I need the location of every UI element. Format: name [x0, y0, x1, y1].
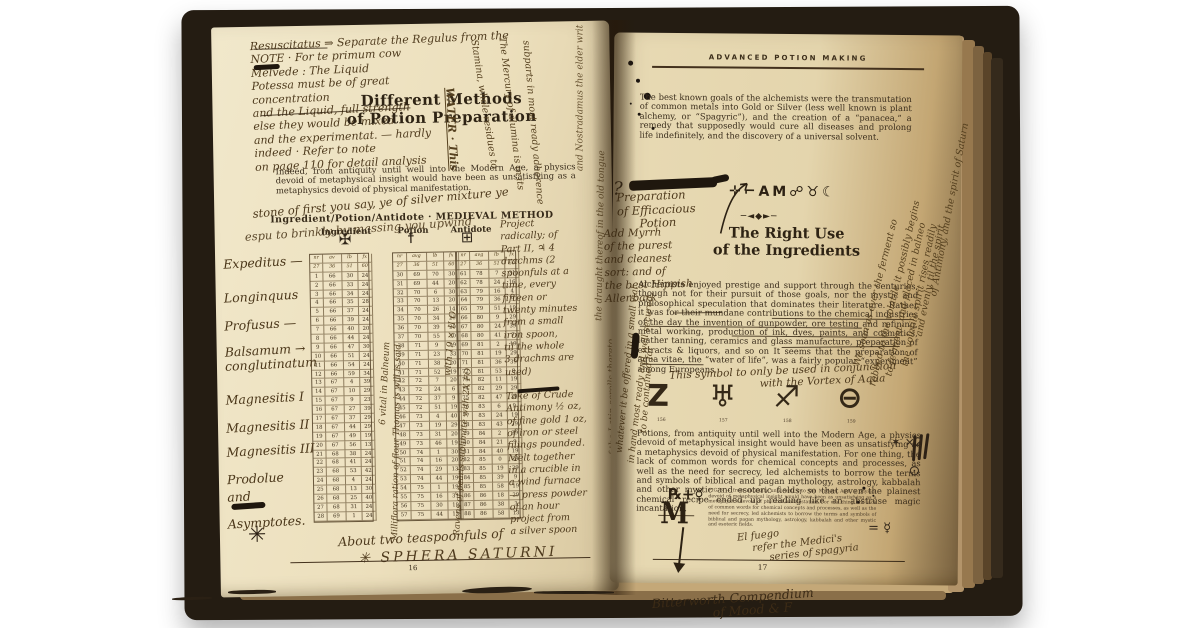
row-label: Magnesitis I — [225, 389, 304, 408]
table-cell: 21 — [492, 438, 509, 447]
table-cell: 51 — [343, 352, 360, 361]
table-cell: 79 — [471, 287, 490, 296]
table-cell: 66 — [324, 299, 343, 308]
table-cell: 49 — [345, 432, 362, 441]
table-cell: 81 — [472, 367, 491, 376]
table-cell: 67 — [458, 323, 471, 332]
table-cell: lb — [427, 252, 445, 261]
table-cell: 42 — [362, 467, 376, 476]
table-cell: 84 — [474, 447, 493, 456]
table-cell: nr — [310, 255, 323, 264]
table-cell: 39 — [428, 324, 446, 333]
table-cell: 71 — [409, 342, 429, 351]
table-cell: 81 — [472, 349, 491, 358]
symbol-number: 159 — [847, 420, 856, 425]
table-cell: 1 — [346, 512, 363, 521]
table-cell: 32 — [394, 289, 408, 298]
table-cell: 24 — [360, 334, 374, 343]
table-cell: 34 — [428, 315, 446, 324]
table-cell: 46 — [430, 439, 448, 448]
table-cell: 67 — [326, 423, 345, 432]
table-cell: 31 — [346, 503, 363, 512]
table-cell: 83 — [473, 421, 492, 430]
open-book-photo: Resuscitatus ⇒ Separate the Regulus from… — [0, 0, 1200, 628]
table-cell: 23 — [314, 468, 327, 477]
table-cell: 4 — [429, 412, 447, 421]
table-cell: 19 — [361, 432, 375, 441]
table-cell: 64 — [458, 296, 471, 305]
table-cell: 19 — [492, 465, 509, 474]
table-cell: 3 — [311, 290, 324, 299]
alchemical-symbol-arrow: ♐ — [773, 380, 800, 415]
table-cell: avg — [407, 253, 427, 262]
table-cell: 37 — [344, 414, 361, 423]
table-cell: 69 — [408, 279, 428, 288]
page-number-left: 16 — [408, 564, 417, 572]
table-cell: 47 — [343, 343, 360, 352]
table-cell: 18 — [313, 423, 326, 432]
table-cell: 20 — [313, 441, 326, 450]
table-cell: 84 — [473, 438, 492, 447]
shield-cross-icon: ⊞ — [461, 228, 474, 246]
table-cell: 81 — [472, 341, 491, 350]
table-cell: 69 — [407, 271, 427, 280]
table-cell: 55 — [428, 332, 446, 341]
table-cell: 73 — [410, 439, 430, 448]
table-cell: 72 — [409, 377, 429, 386]
table-cell: 29 — [430, 466, 448, 475]
table-cell: 2 — [311, 281, 324, 290]
table-cell: 25 — [314, 486, 327, 495]
table-cell: 85 — [474, 474, 493, 483]
right-page: ADVANCED POTION MAKING ? The best known … — [610, 32, 963, 585]
table-cell: 70 — [408, 324, 428, 333]
table-cell: 82 — [473, 385, 492, 394]
table-cell: 70 — [459, 350, 472, 359]
table-cell: 14 — [312, 388, 325, 397]
heading-line-2: of the Ingredients — [666, 241, 906, 260]
table-cell: 38 — [345, 450, 362, 459]
table-cell: 23 — [428, 350, 446, 359]
table-cell: 23 — [361, 396, 375, 405]
tally-mark — [923, 433, 929, 459]
table-cell: 16 — [431, 492, 449, 501]
table-cell: 65 — [458, 305, 471, 314]
ink-smear — [231, 502, 265, 510]
header-rule — [652, 66, 924, 70]
table-cell: 40 — [343, 325, 360, 334]
table-cell: 79 — [471, 305, 490, 314]
table-cell: 40 — [362, 494, 376, 503]
table-cell: 67 — [326, 405, 345, 414]
row-label: Magnesitis II — [226, 416, 310, 435]
table-cell: 69 — [459, 341, 472, 350]
table-cell: 78 — [471, 278, 490, 287]
table-cell: 41 — [345, 458, 362, 467]
table-cell: 67 — [326, 388, 345, 397]
table-cell: 39 — [492, 474, 509, 483]
table-cell: 73 — [410, 413, 430, 422]
table-cell: 85 — [474, 465, 493, 474]
running-header: ADVANCED POTION MAKING — [668, 53, 908, 63]
table-cell: 68 — [327, 477, 346, 486]
table-cell: 24 — [429, 386, 447, 395]
table-cell: 44 — [343, 334, 360, 343]
table-cell: 27 — [393, 262, 407, 271]
symbol-number: 156 — [657, 418, 666, 423]
table-cell: 60 — [358, 263, 372, 272]
table-cell: 70 — [408, 333, 428, 342]
row-label: Asymptotes. — [227, 513, 305, 532]
table-cell: 66 — [325, 352, 344, 361]
table-cell: 61 — [457, 270, 470, 279]
table-cell: 72 — [410, 404, 430, 413]
table-cell: nr — [457, 252, 470, 261]
table-cell: 19 — [430, 421, 448, 430]
table-cell: 70 — [408, 315, 428, 324]
table-cell: 25 — [346, 494, 363, 503]
lorraine-cross-icon: ☨ — [407, 229, 416, 247]
table-cell: 36 — [394, 324, 408, 333]
table-cell: 24 — [363, 503, 377, 512]
section-heading: The Right Use of the Ingredients — [666, 224, 906, 260]
row-label: Profusus — — [224, 315, 297, 334]
table-cell: 66 — [324, 281, 343, 290]
table-cell: 24 — [362, 449, 376, 458]
pen-dash-mark — [534, 591, 614, 594]
table-row: 2869124 — [315, 512, 373, 522]
table-cell: 36 — [470, 261, 489, 270]
table-cell: 74 — [411, 457, 431, 466]
table-cell: 29 — [361, 387, 375, 396]
table-cell: 33 — [394, 298, 408, 307]
table-cell: 56 — [345, 441, 362, 450]
table-cell: 7 — [311, 326, 324, 335]
table-cell: 66 — [325, 361, 344, 370]
table-cell: 85 — [474, 456, 493, 465]
table-cell: 54 — [343, 361, 360, 370]
circled-dot-annotation: ⊙ — [909, 463, 921, 479]
table-cell: 67 — [326, 414, 345, 423]
table-cell: 66 — [325, 370, 344, 379]
ink-blot — [630, 103, 632, 105]
table-cell: 24 — [359, 272, 373, 281]
row-label: Prodolue — [227, 469, 285, 487]
ink-blot — [628, 61, 633, 66]
row-label: Expeditus — — [223, 253, 303, 272]
table-cell: 58 — [493, 483, 510, 492]
table-cell: 71 — [409, 359, 429, 368]
table-cell: 37 — [429, 395, 447, 404]
table-cell: 29 — [361, 414, 375, 423]
table-cell: 81 — [472, 358, 491, 367]
table-cell: 2 — [492, 429, 509, 438]
table-cell: 6 — [427, 288, 445, 297]
table-cell: 70 — [427, 270, 445, 279]
ink-blot — [636, 79, 640, 83]
table-cell: 72 — [409, 386, 429, 395]
table-cell: 66 — [324, 290, 343, 299]
table-cell: 85 — [474, 483, 493, 492]
table-cell: 68 — [458, 332, 471, 341]
table-cell: 68 — [327, 494, 346, 503]
table-cell: 74 — [411, 475, 431, 484]
table-cell: 63 — [458, 288, 471, 297]
table-cell: 82 — [472, 376, 491, 385]
margin-notes-right: Projectradically; ofPart II, ♃ 4drachms … — [500, 216, 603, 539]
row-label: Longinquus — [223, 287, 298, 306]
table-cell: 20 — [359, 325, 373, 334]
table-cell: 0 — [492, 456, 509, 465]
table-cell: avg — [470, 252, 489, 261]
vertical-handwriting: 6 vital in Balneum — [378, 342, 392, 426]
table-cell: 71 — [409, 368, 429, 377]
table-cell: 24 — [360, 352, 374, 361]
table-cell: 58 — [493, 509, 510, 518]
table-cell: 86 — [475, 509, 494, 518]
table-cell: 1 — [431, 484, 449, 493]
table-cell: 39 — [361, 405, 375, 414]
table-cell: 12 — [312, 370, 325, 379]
table-cell: 24 — [362, 476, 376, 485]
table-cell: 24 — [359, 289, 373, 298]
table-cell: 21 — [313, 450, 326, 459]
alchemical-symbol-theta: ⊖ — [837, 380, 862, 415]
handwritten-line: a silver spoon — [510, 523, 602, 539]
table-cell: 83 — [473, 403, 492, 412]
table-cell: 68 — [327, 459, 346, 468]
table-cell: 67 — [326, 397, 345, 406]
table-cell: 51 — [429, 404, 447, 413]
table-cell: 15 — [313, 397, 326, 406]
table-cell: 73 — [410, 431, 430, 440]
table-cell: 83 — [473, 412, 492, 421]
table-cell: 24 — [363, 512, 377, 521]
table-cell: 86 — [475, 501, 494, 510]
table-cell: 71 — [459, 359, 472, 368]
table-cell: 27 — [344, 405, 361, 414]
table-cell: 39 — [360, 378, 374, 387]
table-cell: 31 — [430, 430, 448, 439]
table-cell: 86 — [474, 492, 493, 501]
table-cell: 66 — [325, 334, 344, 343]
table-cell: lb — [342, 254, 359, 263]
table-cell: 26 — [314, 495, 327, 504]
table-cell: 24 — [314, 477, 327, 486]
table-cell: 75 — [411, 484, 431, 493]
table-cell: 82 — [473, 394, 492, 403]
table-cell: 13 — [362, 440, 376, 449]
table-cell: fx — [358, 254, 372, 263]
table-cell: 30 — [360, 343, 374, 352]
table-cell: 68 — [327, 450, 346, 459]
table-cell: 35 — [394, 315, 408, 324]
table-cell: 24 — [359, 316, 373, 325]
table-cell: 29 — [361, 423, 375, 432]
table-cell: 62 — [457, 279, 470, 288]
table-cell: 4 — [344, 378, 361, 387]
table-cell: 24 — [359, 280, 373, 289]
table-cell: 18 — [493, 491, 510, 500]
alchemical-symbol-table: ♅ — [709, 379, 736, 414]
section-divider-ornament: ─◄◆►─ — [741, 212, 778, 222]
table-cell: 24 — [359, 307, 373, 316]
table-cell: 16 — [430, 457, 448, 466]
symbol-number: 158 — [783, 419, 792, 424]
left-page: Resuscitatus ⇒ Separate the Regulus from… — [211, 21, 619, 598]
table-cell: 68 — [327, 468, 346, 477]
table-cell: 66 — [324, 308, 343, 317]
table-cell: 4 — [311, 299, 324, 308]
table-cell: 70 — [408, 288, 428, 297]
table-cell: 13 — [346, 485, 363, 494]
table-cell: 38 — [493, 500, 510, 509]
table-cell: 30 — [342, 272, 359, 281]
table-cell: 28 — [315, 512, 328, 521]
number-table-ingredient: nravlbfx27365160166302426633243663424466… — [309, 253, 374, 523]
table-cell: 80 — [471, 323, 490, 332]
table-cell: 70 — [408, 306, 428, 315]
table-cell: 9 — [312, 343, 325, 352]
table-cell: 24 — [360, 360, 374, 369]
table-cell: 39 — [343, 316, 360, 325]
table-cell: 53 — [345, 467, 362, 476]
table-cell: 35 — [342, 298, 359, 307]
sigil-row-icons: ✛⌐AM☍♉☾ — [729, 183, 838, 200]
table-cell: 68 — [327, 485, 346, 494]
table-cell: 10 — [344, 387, 361, 396]
table-cell: 37 — [394, 333, 408, 342]
table-cell: 78 — [470, 269, 489, 278]
table-cell: 51 — [342, 263, 359, 272]
table-cell: 36 — [407, 262, 427, 271]
table-cell: 66 — [324, 325, 343, 334]
table-cell: 44 — [427, 279, 445, 288]
table-cell: 44 — [431, 510, 449, 519]
table-cell: 33 — [342, 281, 359, 290]
table-cell: 13 — [427, 297, 445, 306]
table-cell: 34 — [342, 290, 359, 299]
table-cell: 28 — [359, 298, 373, 307]
table-cell: 36 — [323, 263, 342, 272]
table-cell: 9 — [344, 396, 361, 405]
table-cell: 30 — [362, 485, 376, 494]
table-cell: 84 — [473, 429, 492, 438]
table-cell: 75 — [411, 493, 431, 502]
table-cell: 27 — [314, 503, 327, 512]
table-cell: 19 — [313, 432, 326, 441]
table-cell: 26 — [428, 306, 446, 315]
table-cell: 6 — [311, 317, 324, 326]
table-cell: 68 — [328, 503, 347, 512]
table-cell: nr — [393, 253, 407, 262]
table-cell: 40 — [492, 447, 509, 456]
table-cell: 66 — [324, 272, 343, 281]
table-cell: 69 — [328, 512, 347, 521]
table-cell: 4 — [345, 476, 362, 485]
heading-line-1: The Right Use — [667, 224, 907, 243]
down-arrow-head — [672, 562, 685, 573]
table-cell: 73 — [410, 422, 430, 431]
right-page-edge-stack — [991, 58, 1003, 578]
table-cell: 75 — [411, 502, 431, 511]
table-cell: 22 — [314, 459, 327, 468]
table-cell: 34 — [394, 306, 408, 315]
table-cell: 70 — [408, 297, 428, 306]
table-cell: av — [323, 254, 342, 263]
table-cell: 44 — [431, 475, 449, 484]
table-cell: 72 — [410, 395, 430, 404]
table-cell: 16 — [313, 406, 326, 415]
table-cell: 24 — [362, 458, 376, 467]
table-cell: 66 — [325, 343, 344, 352]
table-cell: 1 — [430, 448, 448, 457]
row-label: Magnesitis III — [226, 440, 315, 460]
table-cell: 1 — [310, 272, 323, 281]
table-cell: 67 — [326, 441, 345, 450]
table-cell: 7 — [429, 377, 447, 386]
table-cell: 9 — [428, 341, 446, 350]
table-cell: 67 — [325, 379, 344, 388]
table-cell: 75 — [412, 511, 432, 520]
table-cell: 34 — [360, 369, 374, 378]
table-cell: 79 — [471, 296, 490, 305]
star-x2-annotation: ✶ ×2 — [891, 435, 923, 449]
table-cell: 80 — [472, 332, 491, 341]
table-cell: 44 — [345, 423, 362, 432]
table-cell: 59 — [344, 370, 361, 379]
table-cell: 30 — [431, 501, 449, 510]
symbol-number: 157 — [719, 418, 728, 423]
asterisk-star-icon: ✳ — [248, 523, 267, 548]
table-cell: 66 — [458, 314, 471, 323]
table-cell: 51 — [427, 261, 445, 270]
table-cell: 27 — [457, 261, 470, 270]
table-cell: 8 — [311, 335, 324, 344]
table-cell: 80 — [471, 314, 490, 323]
sphera-saturni-note: ✳ SPHERA SATURNI — [358, 544, 558, 567]
table-row: 57754413 — [398, 510, 460, 520]
table-cell: 37 — [343, 307, 360, 316]
gutter-handwriting: and Nostradamus the elder writ — [576, 25, 586, 171]
table-cell: 27 — [310, 263, 323, 272]
table-cell: 74 — [411, 466, 431, 475]
table-cell: 13 — [312, 379, 325, 388]
table-cell: 5 — [311, 308, 324, 317]
cross-pattee-icon: ✠ — [339, 230, 352, 248]
table-cell: 66 — [324, 316, 343, 325]
sigil-crossbar — [658, 515, 694, 517]
table-cell: 31 — [393, 280, 407, 289]
table-cell: 17 — [313, 415, 326, 424]
paragraph-goals: The best known goals of the alchemists w… — [639, 93, 911, 142]
table-cell: 30 — [393, 271, 407, 280]
table-cell: 67 — [326, 432, 345, 441]
table-cell: 74 — [410, 448, 430, 457]
table-cell: 71 — [409, 351, 429, 360]
